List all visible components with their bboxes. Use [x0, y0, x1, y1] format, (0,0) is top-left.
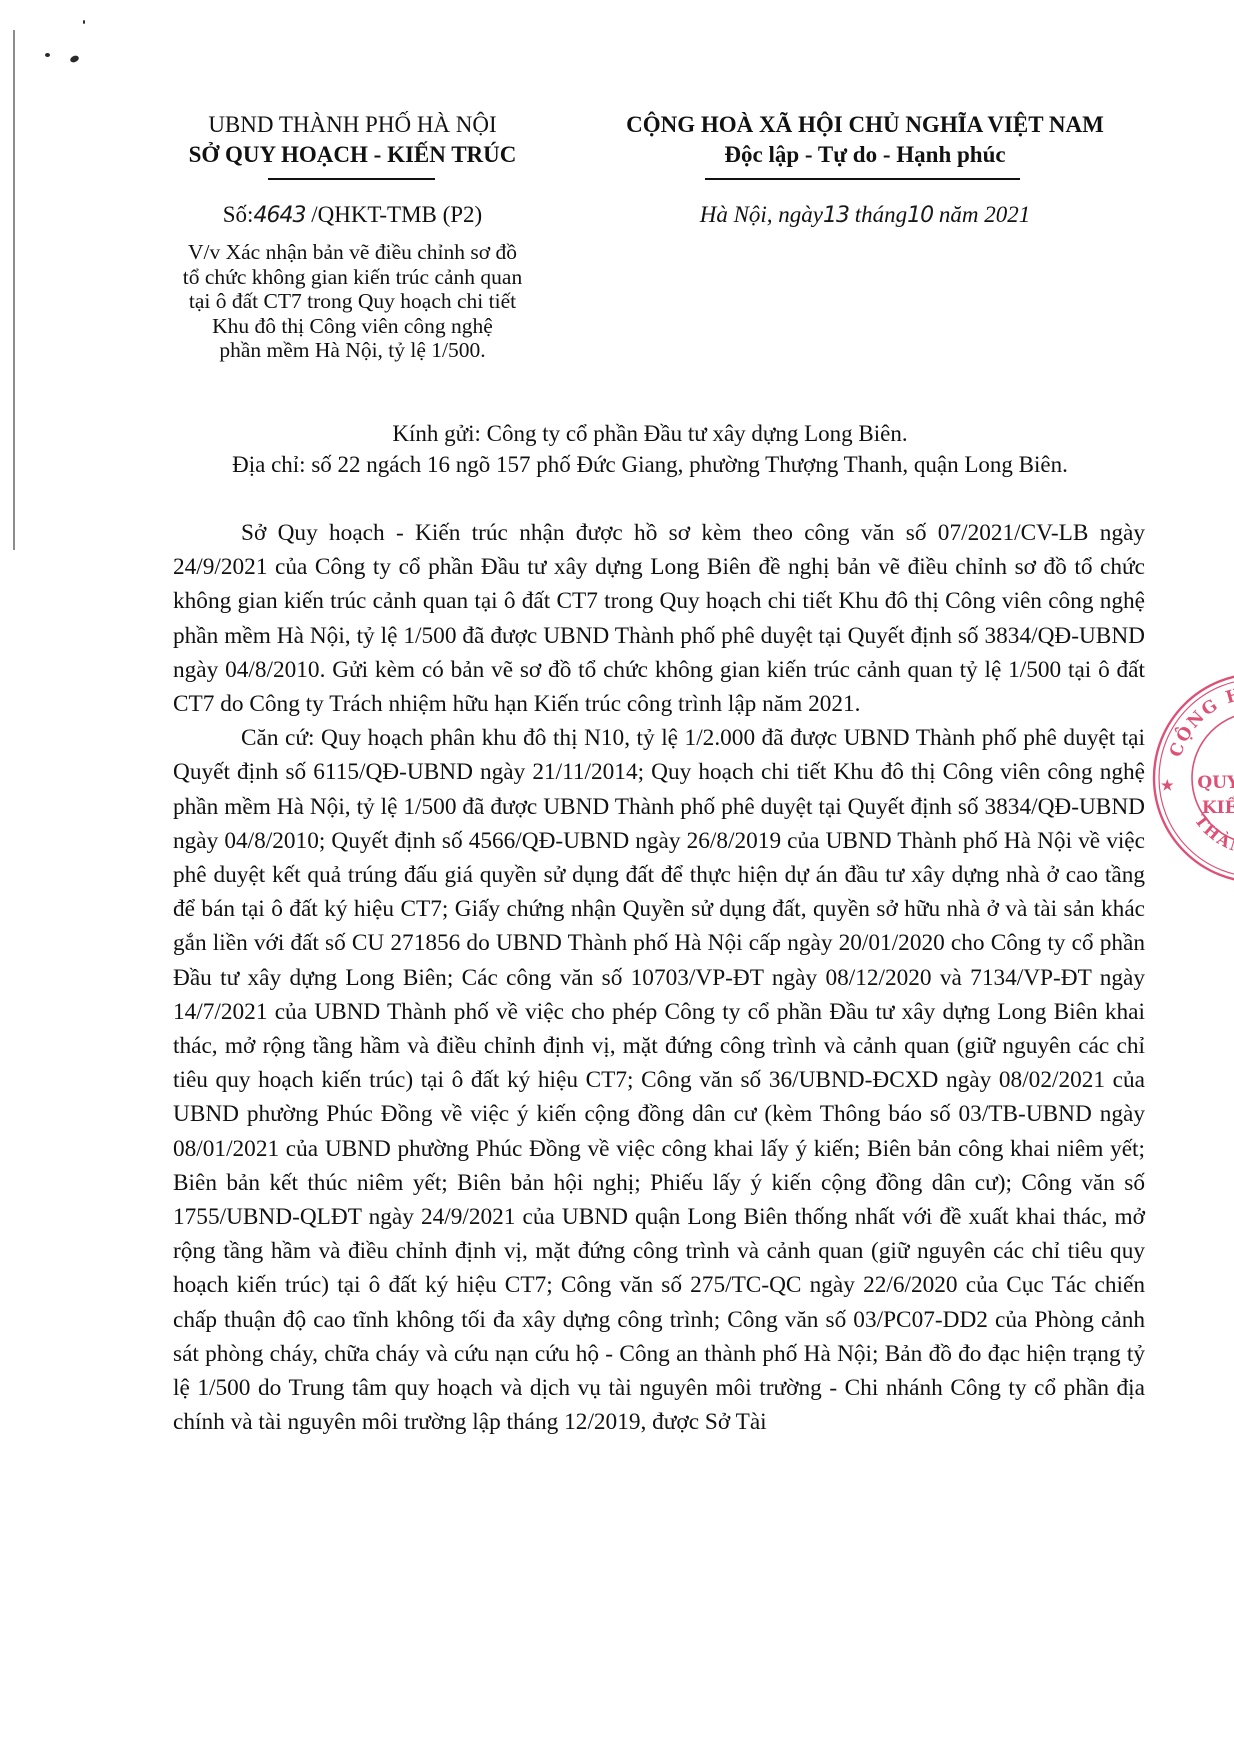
issuing-authority-block: UBND THÀNH PHỐ HÀ NỘI SỞ QUY HOẠCH - KIẾ…	[160, 110, 545, 170]
subject-line: Khu đô thị Công viên công nghệ	[160, 314, 545, 339]
motto-underline	[705, 178, 1020, 180]
stamp-center-line-3: KIẾN TRÚC	[1202, 795, 1234, 818]
body-paragraph: Căn cứ: Quy hoạch phân khu đô thị N10, t…	[173, 721, 1145, 1439]
stamp-ring-top-text: CỘNG HÒA X.H.C.N	[1166, 682, 1234, 771]
issue-date: Hà Nội, ngày13 tháng10 năm 2021	[600, 200, 1130, 231]
document-number-prefix: Số:	[223, 202, 254, 227]
subject-block: V/v Xác nhận bản vẽ điều chỉnh sơ đồ tổ …	[160, 240, 545, 363]
national-motto: Độc lập - Tự do - Hạnh phúc	[600, 140, 1130, 170]
date-year: năm 2021	[939, 202, 1030, 227]
body-paragraph: Sở Quy hoạch - Kiến trúc nhận được hồ sơ…	[173, 516, 1145, 721]
date-month-label: tháng	[855, 202, 907, 227]
scan-speck	[69, 54, 80, 63]
subject-line: tổ chức không gian kiến trúc cảnh quan	[160, 265, 545, 290]
scan-speck	[45, 53, 50, 57]
nation-title: CỘNG HOÀ XÃ HỘI CHỦ NGHĨA VIỆT NAM	[600, 110, 1130, 140]
subject-line: phần mềm Hà Nội, tỷ lệ 1/500.	[160, 338, 545, 363]
official-red-stamp: CỘNG HÒA X.H.C.N THÀNH PHỐ SỞ QUY HOẠCH …	[1148, 668, 1234, 888]
svg-text:CỘNG HÒA X.H.C.N: CỘNG HÒA X.H.C.N	[1166, 682, 1234, 771]
date-place: Hà Nội, ngày	[700, 202, 823, 227]
handwritten-month: 10	[907, 203, 933, 228]
scan-speck	[83, 20, 85, 24]
document-number-suffix: /QHKT-TMB (P2)	[311, 202, 482, 227]
department-name: SỞ QUY HOẠCH - KIẾN TRÚC	[160, 140, 545, 170]
stamp-center-line-2: QUY HOẠCH	[1197, 773, 1234, 793]
department-underline	[268, 178, 435, 180]
authority-name: UBND THÀNH PHỐ HÀ NỘI	[160, 110, 545, 140]
recipient-address: Địa chỉ: số 22 ngách 16 ngõ 157 phố Đức …	[150, 449, 1150, 480]
stamp-star-icon: ★	[1161, 778, 1174, 794]
scan-edge-line	[13, 30, 15, 550]
stamp-ring-bottom-text: THÀNH PHỐ	[1191, 811, 1234, 859]
handwritten-day: 13	[823, 203, 849, 228]
svg-text:THÀNH PHỐ: THÀNH PHỐ	[1191, 811, 1234, 859]
letter-body: Sở Quy hoạch - Kiến trúc nhận được hồ sơ…	[173, 516, 1145, 1439]
handwritten-document-number: 4643	[253, 203, 305, 228]
subject-line: tại ô đất CT7 trong Quy hoạch chi tiết	[160, 289, 545, 314]
recipient-to: Kính gửi: Công ty cổ phần Đầu tư xây dựn…	[150, 418, 1150, 449]
national-header-block: CỘNG HOÀ XÃ HỘI CHỦ NGHĨA VIỆT NAM Độc l…	[600, 110, 1130, 170]
subject-line: V/v Xác nhận bản vẽ điều chỉnh sơ đồ	[160, 240, 545, 265]
recipient-block: Kính gửi: Công ty cổ phần Đầu tư xây dựn…	[150, 418, 1150, 480]
document-number: Số:4643 /QHKT-TMB (P2)	[160, 200, 545, 231]
